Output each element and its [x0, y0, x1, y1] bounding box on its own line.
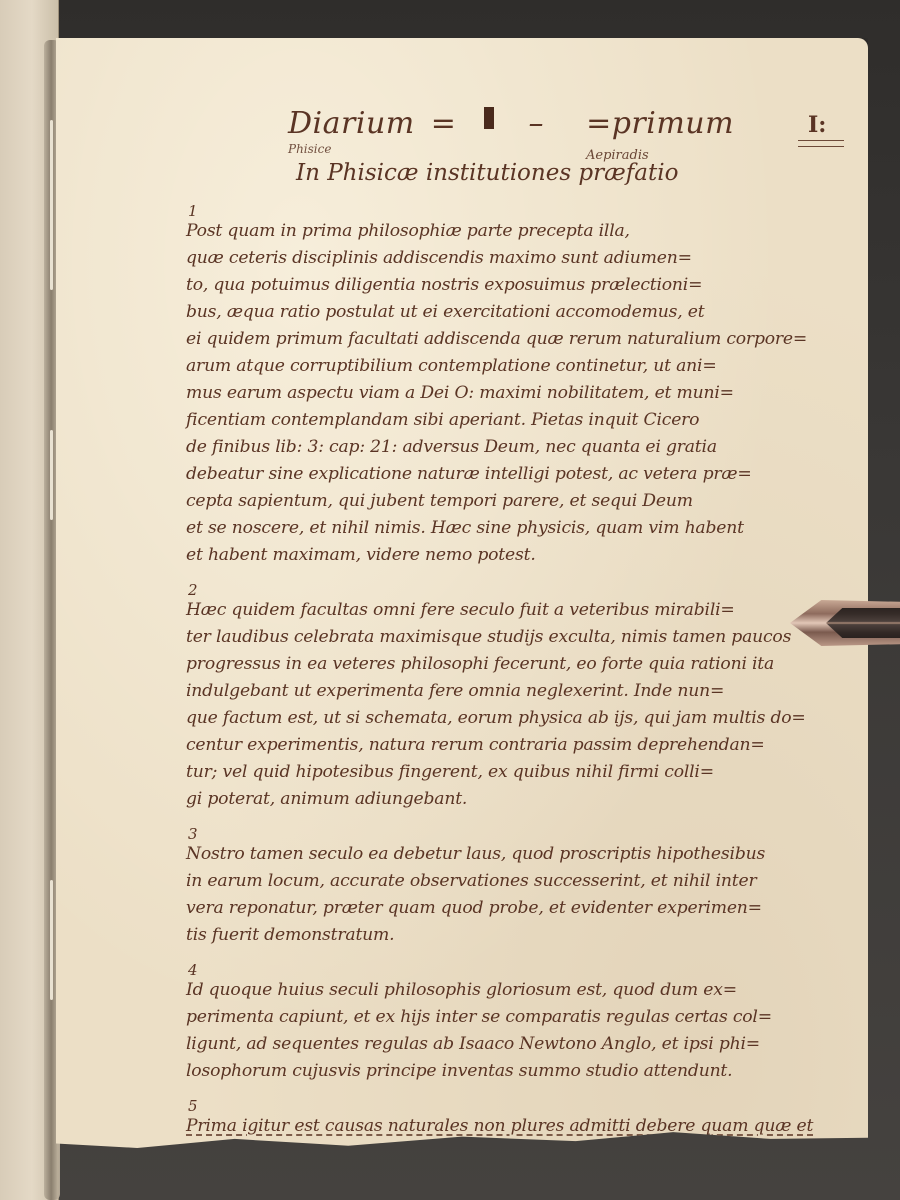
text-line: et habent maximam, videre nemo potest. [186, 542, 846, 569]
text-line: Post quam in prima philosophiæ parte pre… [186, 218, 846, 245]
page-title: Diarium = – =primum [288, 106, 734, 141]
paragraph-2: 2 Hæc quidem facultas omni fere seculo f… [186, 583, 846, 813]
manuscript-page: Diarium = – =primum I: Phisice Aepiradis… [56, 38, 868, 1166]
paragraph-1: 1 Post quam in prima philosophiæ parte p… [186, 204, 846, 569]
text-line: vera reponatur, præter quam quod probe, … [186, 895, 846, 922]
text-line: ficentiam contemplandam sibi aperiant. P… [186, 407, 846, 434]
paragraph-5: 5 Prima igitur est causas naturales non … [186, 1099, 846, 1194]
text-line: ei quidem primum facultati addiscenda qu… [186, 326, 846, 353]
text-line: indulgebant ut experimenta fere omnia ne… [186, 678, 846, 705]
paragraph-number: 4 [188, 963, 846, 977]
marginal-note: Phisice [288, 142, 331, 156]
text-line: gi poterat, animum adiungebant. [186, 786, 846, 813]
title-left: Diarium [288, 106, 415, 141]
text-line: ter laudibus celebrata maximisque studij… [186, 624, 846, 651]
text-line: debeatur sine explicatione naturæ intell… [186, 461, 846, 488]
text-line: in earum locum, accurate observationes s… [186, 868, 846, 895]
binding-stitch [50, 430, 53, 520]
title-right: =primum [586, 106, 734, 141]
text-line: quæ ceteris disciplinis addiscendis maxi… [186, 245, 846, 272]
text-line: bus, æqua ratio postulat ut ei exercitat… [186, 299, 846, 326]
text-line: mus earum aspectu viam a Dei O: maximi n… [186, 380, 846, 407]
text-line: tur; vel quid hipotesibus fingerent, ex … [186, 759, 846, 786]
text-line: veræ sint, earumque phænomenis explicand… [186, 1140, 846, 1167]
paragraph-number: 2 [188, 583, 846, 597]
text-line: cepta sapientum, qui jubent tempori pare… [186, 488, 846, 515]
manuscript-photo: Diarium = – =primum I: Phisice Aepiradis… [0, 0, 900, 1200]
binding-stitch [50, 880, 53, 1000]
text-line: perimenta capiunt, et ex hijs inter se c… [186, 1004, 846, 1031]
text-line: centur experimentis, natura rerum contra… [186, 732, 846, 759]
paragraph-number: 5 [188, 1099, 846, 1113]
text-line: que factum est, ut si schemata, eorum ph… [186, 705, 846, 732]
text-line: ligunt, ad sequentes regulas ab Isaaco N… [186, 1031, 846, 1058]
binding-stitch [50, 120, 53, 290]
text-line: progressus in ea veteres philosophi fece… [186, 651, 846, 678]
page-subtitle: In Phisicæ institutiones præfatio [296, 160, 678, 186]
text-line: Prima igitur est causas naturales non pl… [186, 1113, 846, 1140]
ink-blot [484, 107, 494, 129]
text-line: to, qua potuimus diligentia nostris expo… [186, 272, 846, 299]
title-dash-2: – [529, 106, 545, 141]
paragraph-number: 3 [188, 827, 846, 841]
text-line: tis fuerit demonstratum. [186, 922, 846, 949]
text-line: men sive si constet eas re ipsa dari, et… [186, 1167, 846, 1194]
text-line: losophorum cujusvis principe inventas su… [186, 1058, 846, 1085]
paragraph-number: 1 [188, 204, 846, 218]
folio-rule [798, 140, 844, 147]
text-line: arum atque corruptibilium contemplatione… [186, 353, 846, 380]
folio-number: I: [808, 112, 826, 138]
text-line: Hæc quidem facultas omni fere seculo fui… [186, 597, 846, 624]
text-line: Nostro tamen seculo ea debetur laus, quo… [186, 841, 846, 868]
paragraph-3: 3 Nostro tamen seculo ea debetur laus, q… [186, 827, 846, 949]
text-line: de finibus lib: 3: cap: 21: adversus Deu… [186, 434, 846, 461]
text-line: et se noscere, et nihil nimis. Hæc sine … [186, 515, 846, 542]
manuscript-body: 1 Post quam in prima philosophiæ parte p… [186, 204, 846, 1200]
paragraph-4: 4 Id quoque huius seculi philosophis glo… [186, 963, 846, 1085]
text-line: Id quoque huius seculi philosophis glori… [186, 977, 846, 1004]
title-dash: = [431, 106, 457, 141]
